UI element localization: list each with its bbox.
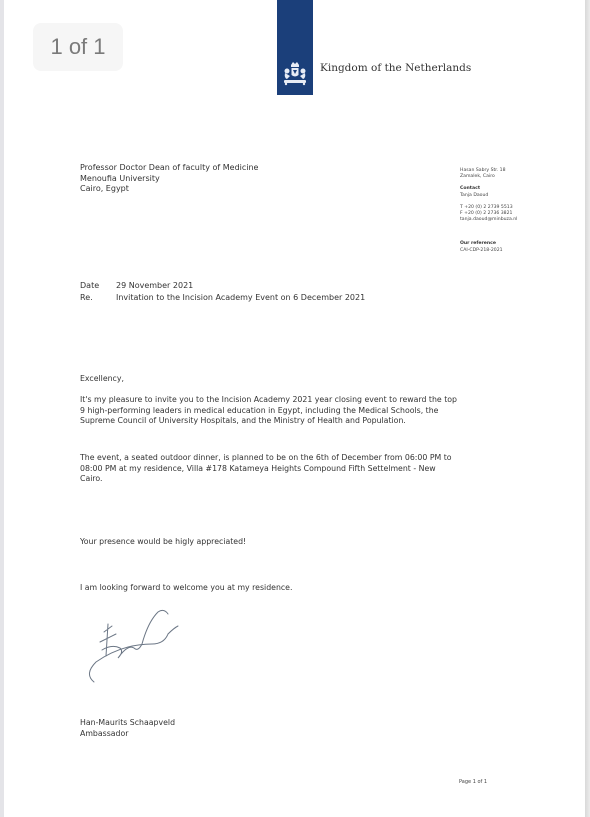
viewer-left-border — [0, 0, 4, 817]
organization-name: Kingdom of the Netherlands — [320, 62, 471, 74]
addressee-line: Cairo, Egypt — [80, 184, 258, 195]
date-label: Date — [80, 280, 116, 292]
addressee-line: Menoufia University — [80, 174, 258, 185]
reference-value: CAI-CDP-218-2021 — [460, 248, 517, 254]
addressee-block: Professor Doctor Dean of faculty of Medi… — [80, 163, 258, 195]
royal-coat-of-arms-icon — [282, 62, 308, 86]
appreciation-line: Your presence would be higly appreciated… — [80, 537, 460, 548]
page-counter: 1 of 1 — [33, 23, 123, 71]
subject-value: Invitation to the Incision Academy Event… — [116, 292, 365, 304]
paragraph-invitation: It's my pleasure to invite you to the In… — [80, 395, 460, 427]
letter-meta: Date 29 November 2021 Re. Invitation to … — [80, 280, 365, 304]
subject-row: Re. Invitation to the Incision Academy E… — [80, 292, 365, 304]
signature-icon — [82, 604, 192, 694]
signer-block: Han-Maurits Schaapveld Ambassador — [80, 718, 175, 739]
paragraph-event-details: The event, a seated outdoor dinner, is p… — [80, 453, 460, 485]
date-value: 29 November 2021 — [116, 280, 193, 292]
addressee-line: Professor Doctor Dean of faculty of Medi… — [80, 163, 258, 174]
viewer-scrollbar[interactable] — [585, 0, 590, 817]
closing-line: I am looking forward to welcome you at m… — [80, 583, 460, 594]
greeting: Excellency, — [80, 374, 460, 385]
date-row: Date 29 November 2021 — [80, 280, 365, 292]
letterhead-banner — [277, 0, 313, 95]
sender-block: Hasan Sabry Str. 18 Zamalek, Cairo Conta… — [460, 168, 517, 254]
signer-title: Ambassador — [80, 729, 175, 740]
page-counter-text: 1 of 1 — [50, 34, 105, 60]
page-footer: Page 1 of 1 — [459, 779, 487, 785]
contact-email: tanja.daoud@minbuza.nl — [460, 217, 517, 223]
subject-label: Re. — [80, 292, 116, 304]
signer-name: Han-Maurits Schaapveld — [80, 718, 175, 729]
